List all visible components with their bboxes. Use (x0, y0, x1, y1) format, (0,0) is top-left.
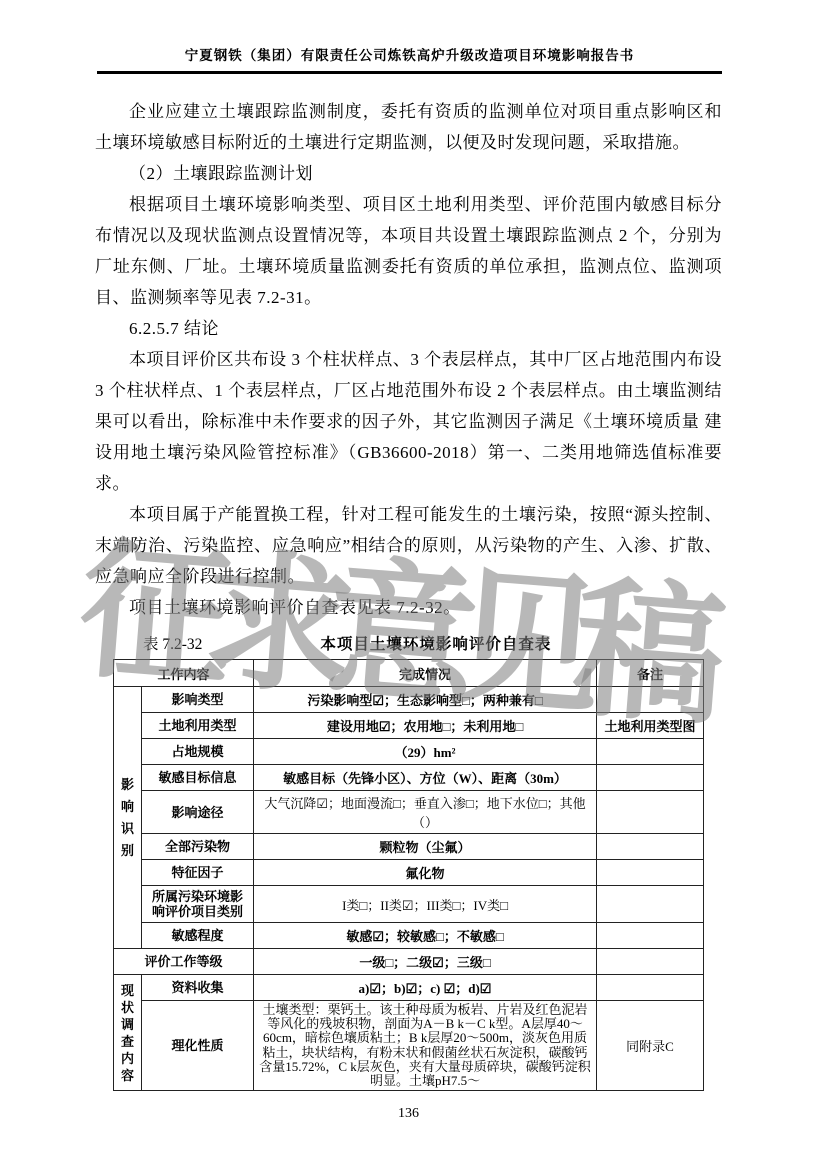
table-row: 所属污染环境影响评价项目类别 I类□；II类☑；III类□；IV类□ (114, 886, 704, 923)
row-value-cell: 氟化物 (254, 860, 597, 886)
table-row: 全部污染物 颗粒物（尘氟） (114, 834, 704, 860)
table-number: 表 7.2-32 (143, 632, 202, 654)
group-label-text: 现状调查内容 (121, 982, 135, 1084)
row-value-cell: 大气沉降☑；地面漫流□；垂直入渗□；地下水位□；其他（） (254, 791, 597, 834)
paragraph: 本项目属于产能置换工程，针对工程可能发生的土壤污染，按照“源头控制、末端防治、污… (95, 499, 722, 592)
table-row: 评价工作等级 一级□；二级☑；三级□ (114, 949, 704, 975)
group-label-text: 影响识别 (121, 774, 135, 862)
col-header-completion: 完成情况 (254, 660, 597, 687)
row-note-cell (597, 923, 704, 949)
row-note-cell (597, 739, 704, 765)
row-value-cell: a)☑；b)☑；c) ☑；d)☑ (254, 975, 597, 1001)
row-value-cell: 颗粒物（尘氟） (254, 834, 597, 860)
table-caption: 表 7.2-32 本项目土壤环境影响评价自查表 (143, 632, 722, 654)
row-label-cell: 敏感目标信息 (142, 765, 254, 791)
table-row: 特征因子 氟化物 (114, 860, 704, 886)
section-heading: 6.2.5.7 结论 (95, 313, 722, 344)
row-label-cell: 土地利用类型 (142, 713, 254, 739)
table-row: 现状调查内容 资料收集 a)☑；b)☑；c) ☑；d)☑ (114, 975, 704, 1001)
row-label-cell: 理化性质 (142, 1001, 254, 1091)
table-row: 占地规模 （29）hm² (114, 739, 704, 765)
row-note-cell (597, 860, 704, 886)
table-row: 理化性质 土壤类型：栗钙土。该土种母质为板岩、片岩及红色泥岩等风化的残坡积物，剖… (114, 1001, 704, 1091)
row-value-cell: 一级□；二级☑；三级□ (254, 949, 597, 975)
row-group-status-survey: 现状调查内容 (114, 975, 142, 1091)
row-value-cell: 建设用地☑；农用地□；未利用地□ (254, 713, 597, 739)
row-group-impact-identification: 影响识别 (114, 687, 142, 949)
row-value-cell: I类□；II类☑；III类□；IV类□ (254, 886, 597, 923)
row-value-cell: 土壤类型：栗钙土。该土种母质为板岩、片岩及红色泥岩等风化的残坡积物，剖面为A－B… (254, 1001, 597, 1091)
row-note-cell (597, 765, 704, 791)
document-page: 宁夏钢铁（集团）有限责任公司炼铁高炉升级改造项目环境影响报告书 企业应建立土壤跟… (0, 0, 819, 1158)
row-note-cell (597, 687, 704, 713)
page-number: 136 (95, 1106, 722, 1122)
row-value-cell: 敏感目标（先锋小区）、方位（W）、距离（30m） (254, 765, 597, 791)
col-header-work-content: 工作内容 (114, 660, 254, 687)
row-label-cell: 影响类型 (142, 687, 254, 713)
row-label-cell: 占地规模 (142, 739, 254, 765)
row-label-cell: 所属污染环境影响评价项目类别 (142, 886, 254, 923)
row-label-cell: 特征因子 (142, 860, 254, 886)
row-note-cell (597, 949, 704, 975)
table-title: 本项目土壤环境影响评价自查表 (320, 632, 551, 654)
col-header-remark: 备注 (597, 660, 704, 687)
row-note-cell (597, 975, 704, 1001)
self-check-table: 工作内容 完成情况 备注 影响识别 影响类型 污染影响型☑；生态影响型□；两种兼… (113, 659, 704, 1091)
row-label-cell: 敏感程度 (142, 923, 254, 949)
table-header-row: 工作内容 完成情况 备注 (114, 660, 704, 687)
table-row: 影响识别 影响类型 污染影响型☑；生态影响型□；两种兼有□ (114, 687, 704, 713)
row-note-cell (597, 834, 704, 860)
row-value-cell: （29）hm² (254, 739, 597, 765)
row-note-cell: 同附录C (597, 1001, 704, 1091)
table-row: 敏感目标信息 敏感目标（先锋小区）、方位（W）、距离（30m） (114, 765, 704, 791)
table-row: 敏感程度 敏感☑；较敏感□；不敏感□ (114, 923, 704, 949)
row-note-cell (597, 886, 704, 923)
row-note-cell: 土地利用类型图 (597, 713, 704, 739)
row-label-cell: 影响途径 (142, 791, 254, 834)
row-value-cell: 敏感☑；较敏感□；不敏感□ (254, 923, 597, 949)
paragraph: （2）土壤跟踪监测计划 (95, 158, 722, 189)
document-body: 企业应建立土壤跟踪监测制度，委托有资质的监测单位对项目重点影响区和土壤环境敏感目… (95, 96, 722, 1122)
table-row: 土地利用类型 建设用地☑；农用地□；未利用地□ 土地利用类型图 (114, 713, 704, 739)
page-header-title: 宁夏钢铁（集团）有限责任公司炼铁高炉升级改造项目环境影响报告书 (97, 44, 722, 74)
paragraph: 根据项目土壤环境影响类型、项目区土地利用类型、评价范围内敏感目标分布情况以及现状… (95, 189, 722, 313)
paragraph: 企业应建立土壤跟踪监测制度，委托有资质的监测单位对项目重点影响区和土壤环境敏感目… (95, 96, 722, 158)
row-value-cell: 污染影响型☑；生态影响型□；两种兼有□ (254, 687, 597, 713)
row-note-cell (597, 791, 704, 834)
row-label-cell: 资料收集 (142, 975, 254, 1001)
table-row: 影响途径 大气沉降☑；地面漫流□；垂直入渗□；地下水位□；其他（） (114, 791, 704, 834)
paragraph: 本项目评价区共布设 3 个柱状样点、3 个表层样点，其中厂区占地范围内布设 3 … (95, 344, 722, 499)
row-label-cell: 全部污染物 (142, 834, 254, 860)
paragraph: 项目土壤环境影响评价自查表见表 7.2-32。 (95, 592, 722, 623)
row-label-cell: 评价工作等级 (114, 949, 254, 975)
